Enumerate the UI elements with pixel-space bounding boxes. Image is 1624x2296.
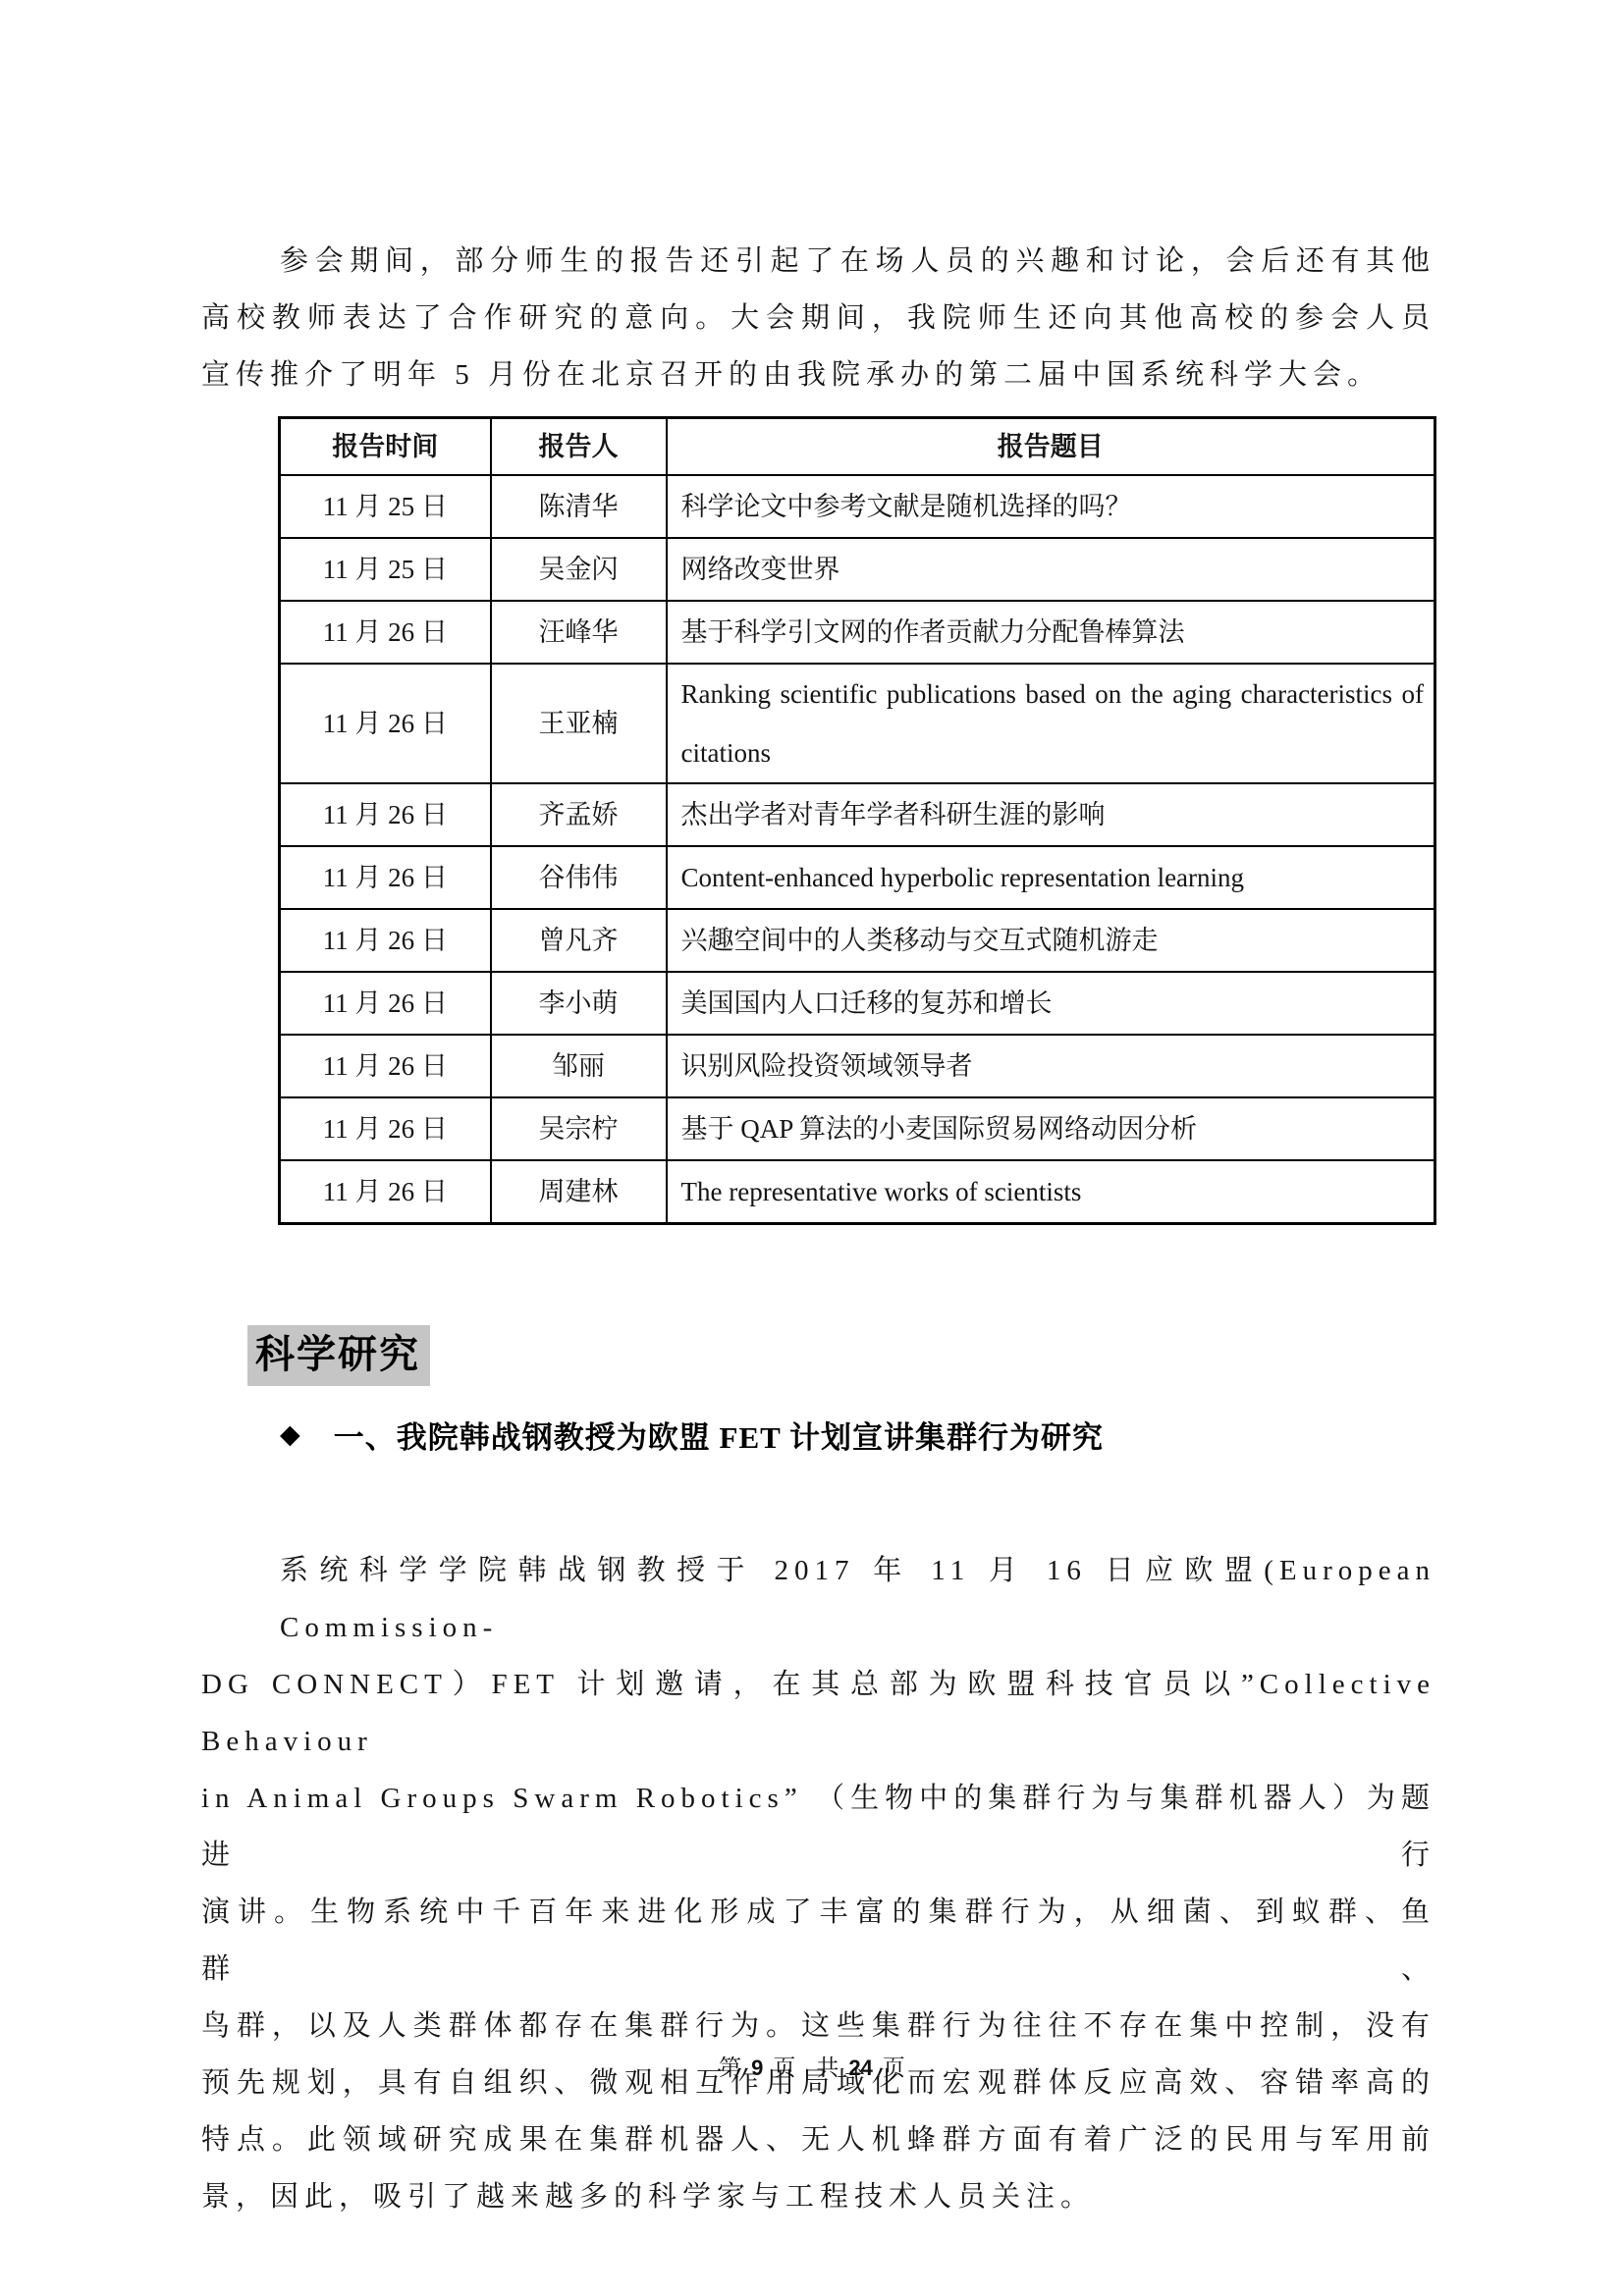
paragraph-line: 演讲。生物系统中千百年来进化形成了丰富的集群行为，从细菌、到蚁群、鱼群、 <box>201 1884 1435 1998</box>
report-speaker-cell: 周建林 <box>491 1160 667 1224</box>
table-row: 11 月 25 日 陈清华 科学论文中参考文献是随机选择的吗？ <box>280 475 1435 538</box>
footer-prefix: 第 <box>719 2056 741 2080</box>
paragraph-line: 宣传推介了明年 5 月份在北京召开的由我院承办的第二届中国系统科学大会。 <box>201 347 1435 403</box>
report-title-cell: 基于科学引文网的作者贡献力分配鲁棒算法 <box>667 601 1435 664</box>
table-row: 11 月 26 日 李小萌 美国国内人口迁移的复苏和增长 <box>280 972 1435 1035</box>
subsection-title: 一、我院韩战钢教授为欧盟 FET 计划宣讲集群行为研究 <box>334 1413 1104 1457</box>
table-header-cell: 报告时间 <box>280 418 491 476</box>
report-date-cell: 11 月 26 日 <box>280 783 491 846</box>
report-title-cell: 识别风险投资领域领导者 <box>667 1035 1435 1097</box>
report-title-cell: 科学论文中参考文献是随机选择的吗？ <box>667 475 1435 538</box>
table-row: 11 月 26 日 王亚楠 Ranking scientific publica… <box>280 664 1435 783</box>
footer-total-label: 页 <box>883 2056 905 2080</box>
report-speaker-cell: 曾凡齐 <box>491 909 667 972</box>
paragraph-line: DG CONNECT）FET 计划邀请，在其总部为欧盟科技官员以”Collect… <box>201 1656 1435 1770</box>
paragraph-line: 系统科学学院韩战钢教授于 2017 年 11 月 16 日应欧盟(Europea… <box>201 1542 1435 1656</box>
report-title-cell: 网络改变世界 <box>667 538 1435 601</box>
table-header-cell: 报告题目 <box>667 418 1435 476</box>
table-row: 11 月 26 日 邹丽 识别风险投资领域领导者 <box>280 1035 1435 1097</box>
paragraph-line: 参会期间，部分师生的报告还引起了在场人员的兴趣和讨论，会后还有其他 <box>201 233 1435 290</box>
table-row: 11 月 25 日 吴金闪 网络改变世界 <box>280 538 1435 601</box>
report-title-cell: 兴趣空间中的人类移动与交互式随机游走 <box>667 909 1435 972</box>
table-row: 11 月 26 日 谷伟伟 Content-enhanced hyperboli… <box>280 846 1435 909</box>
report-title-cell: 基于 QAP 算法的小麦国际贸易网络动因分析 <box>667 1097 1435 1160</box>
report-speaker-cell: 李小萌 <box>491 972 667 1035</box>
page-footer: 第9页共24页 <box>0 2050 1624 2082</box>
report-title-cell: 杰出学者对青年学者科研生涯的影响 <box>667 783 1435 846</box>
paragraph-line: 特点。此领域研究成果在集群机器人、无人机蜂群方面有着广泛的民用与军用前 <box>201 2111 1435 2168</box>
report-date-cell: 11 月 26 日 <box>280 1097 491 1160</box>
table-row: 11 月 26 日 齐孟娇 杰出学者对青年学者科研生涯的影响 <box>280 783 1435 846</box>
report-schedule-table: 报告时间报告人报告题目 11 月 25 日 陈清华 科学论文中参考文献是随机选择… <box>278 416 1436 1225</box>
report-speaker-cell: 汪峰华 <box>491 601 667 664</box>
section-header-wrap: 科学研究 <box>247 1325 430 1386</box>
report-speaker-cell: 谷伟伟 <box>491 846 667 909</box>
report-speaker-cell: 王亚楠 <box>491 664 667 783</box>
footer-page-number: 9 <box>751 2056 763 2080</box>
body-paragraph: 系统科学学院韩战钢教授于 2017 年 11 月 16 日应欧盟(Europea… <box>201 1542 1435 2225</box>
footer-page-label: 页 <box>773 2056 795 2080</box>
report-speaker-cell: 邹丽 <box>491 1035 667 1097</box>
footer-total-prefix: 共 <box>816 2056 839 2080</box>
report-speaker-cell: 吴宗柠 <box>491 1097 667 1160</box>
report-date-cell: 11 月 25 日 <box>280 475 491 538</box>
report-speaker-cell: 吴金闪 <box>491 538 667 601</box>
report-title-cell: 美国国内人口迁移的复苏和增长 <box>667 972 1435 1035</box>
paragraph-line: 高校教师表达了合作研究的意向。大会期间，我院师生还向其他高校的参会人员 <box>201 290 1435 347</box>
subsection-heading: ◆ 一、我院韩战钢教授为欧盟 FET 计划宣讲集群行为研究 <box>280 1412 1104 1457</box>
table-header-row: 报告时间报告人报告题目 <box>280 418 1435 476</box>
report-date-cell: 11 月 26 日 <box>280 1035 491 1097</box>
report-date-cell: 11 月 26 日 <box>280 972 491 1035</box>
report-speaker-cell: 陈清华 <box>491 475 667 538</box>
table-row: 11 月 26 日 汪峰华 基于科学引文网的作者贡献力分配鲁棒算法 <box>280 601 1435 664</box>
table-header-cell: 报告人 <box>491 418 667 476</box>
report-date-cell: 11 月 26 日 <box>280 601 491 664</box>
report-date-cell: 11 月 26 日 <box>280 846 491 909</box>
report-date-cell: 11 月 26 日 <box>280 1160 491 1224</box>
report-title-cell: The representative works of scientists <box>667 1160 1435 1224</box>
footer-total-number: 24 <box>848 2056 872 2080</box>
paragraph-line: 景，因此，吸引了越来越多的科学家与工程技术人员关注。 <box>201 2168 1435 2225</box>
section-header: 科学研究 <box>247 1325 430 1386</box>
report-title-cell: Ranking scientific publications based on… <box>667 664 1435 783</box>
table-row: 11 月 26 日 周建林 The representative works o… <box>280 1160 1435 1224</box>
table-row: 11 月 26 日 曾凡齐 兴趣空间中的人类移动与交互式随机游走 <box>280 909 1435 972</box>
intro-paragraph: 参会期间，部分师生的报告还引起了在场人员的兴趣和讨论，会后还有其他高校教师表达了… <box>201 233 1435 403</box>
report-date-cell: 11 月 26 日 <box>280 909 491 972</box>
paragraph-line: in Animal Groups Swarm Robotics” （生物中的集群… <box>201 1770 1435 1884</box>
table-row: 11 月 26 日 吴宗柠 基于 QAP 算法的小麦国际贸易网络动因分析 <box>280 1097 1435 1160</box>
report-title-cell: Content-enhanced hyperbolic representati… <box>667 846 1435 909</box>
report-date-cell: 11 月 25 日 <box>280 538 491 601</box>
document-page: 参会期间，部分师生的报告还引起了在场人员的兴趣和讨论，会后还有其他高校教师表达了… <box>0 0 1624 2296</box>
report-date-cell: 11 月 26 日 <box>280 664 491 783</box>
diamond-bullet-icon: ◆ <box>280 1412 300 1457</box>
paragraph-line: 鸟群，以及人类群体都存在集群行为。这些集群行为往往不存在集中控制，没有 <box>201 1998 1435 2055</box>
report-speaker-cell: 齐孟娇 <box>491 783 667 846</box>
